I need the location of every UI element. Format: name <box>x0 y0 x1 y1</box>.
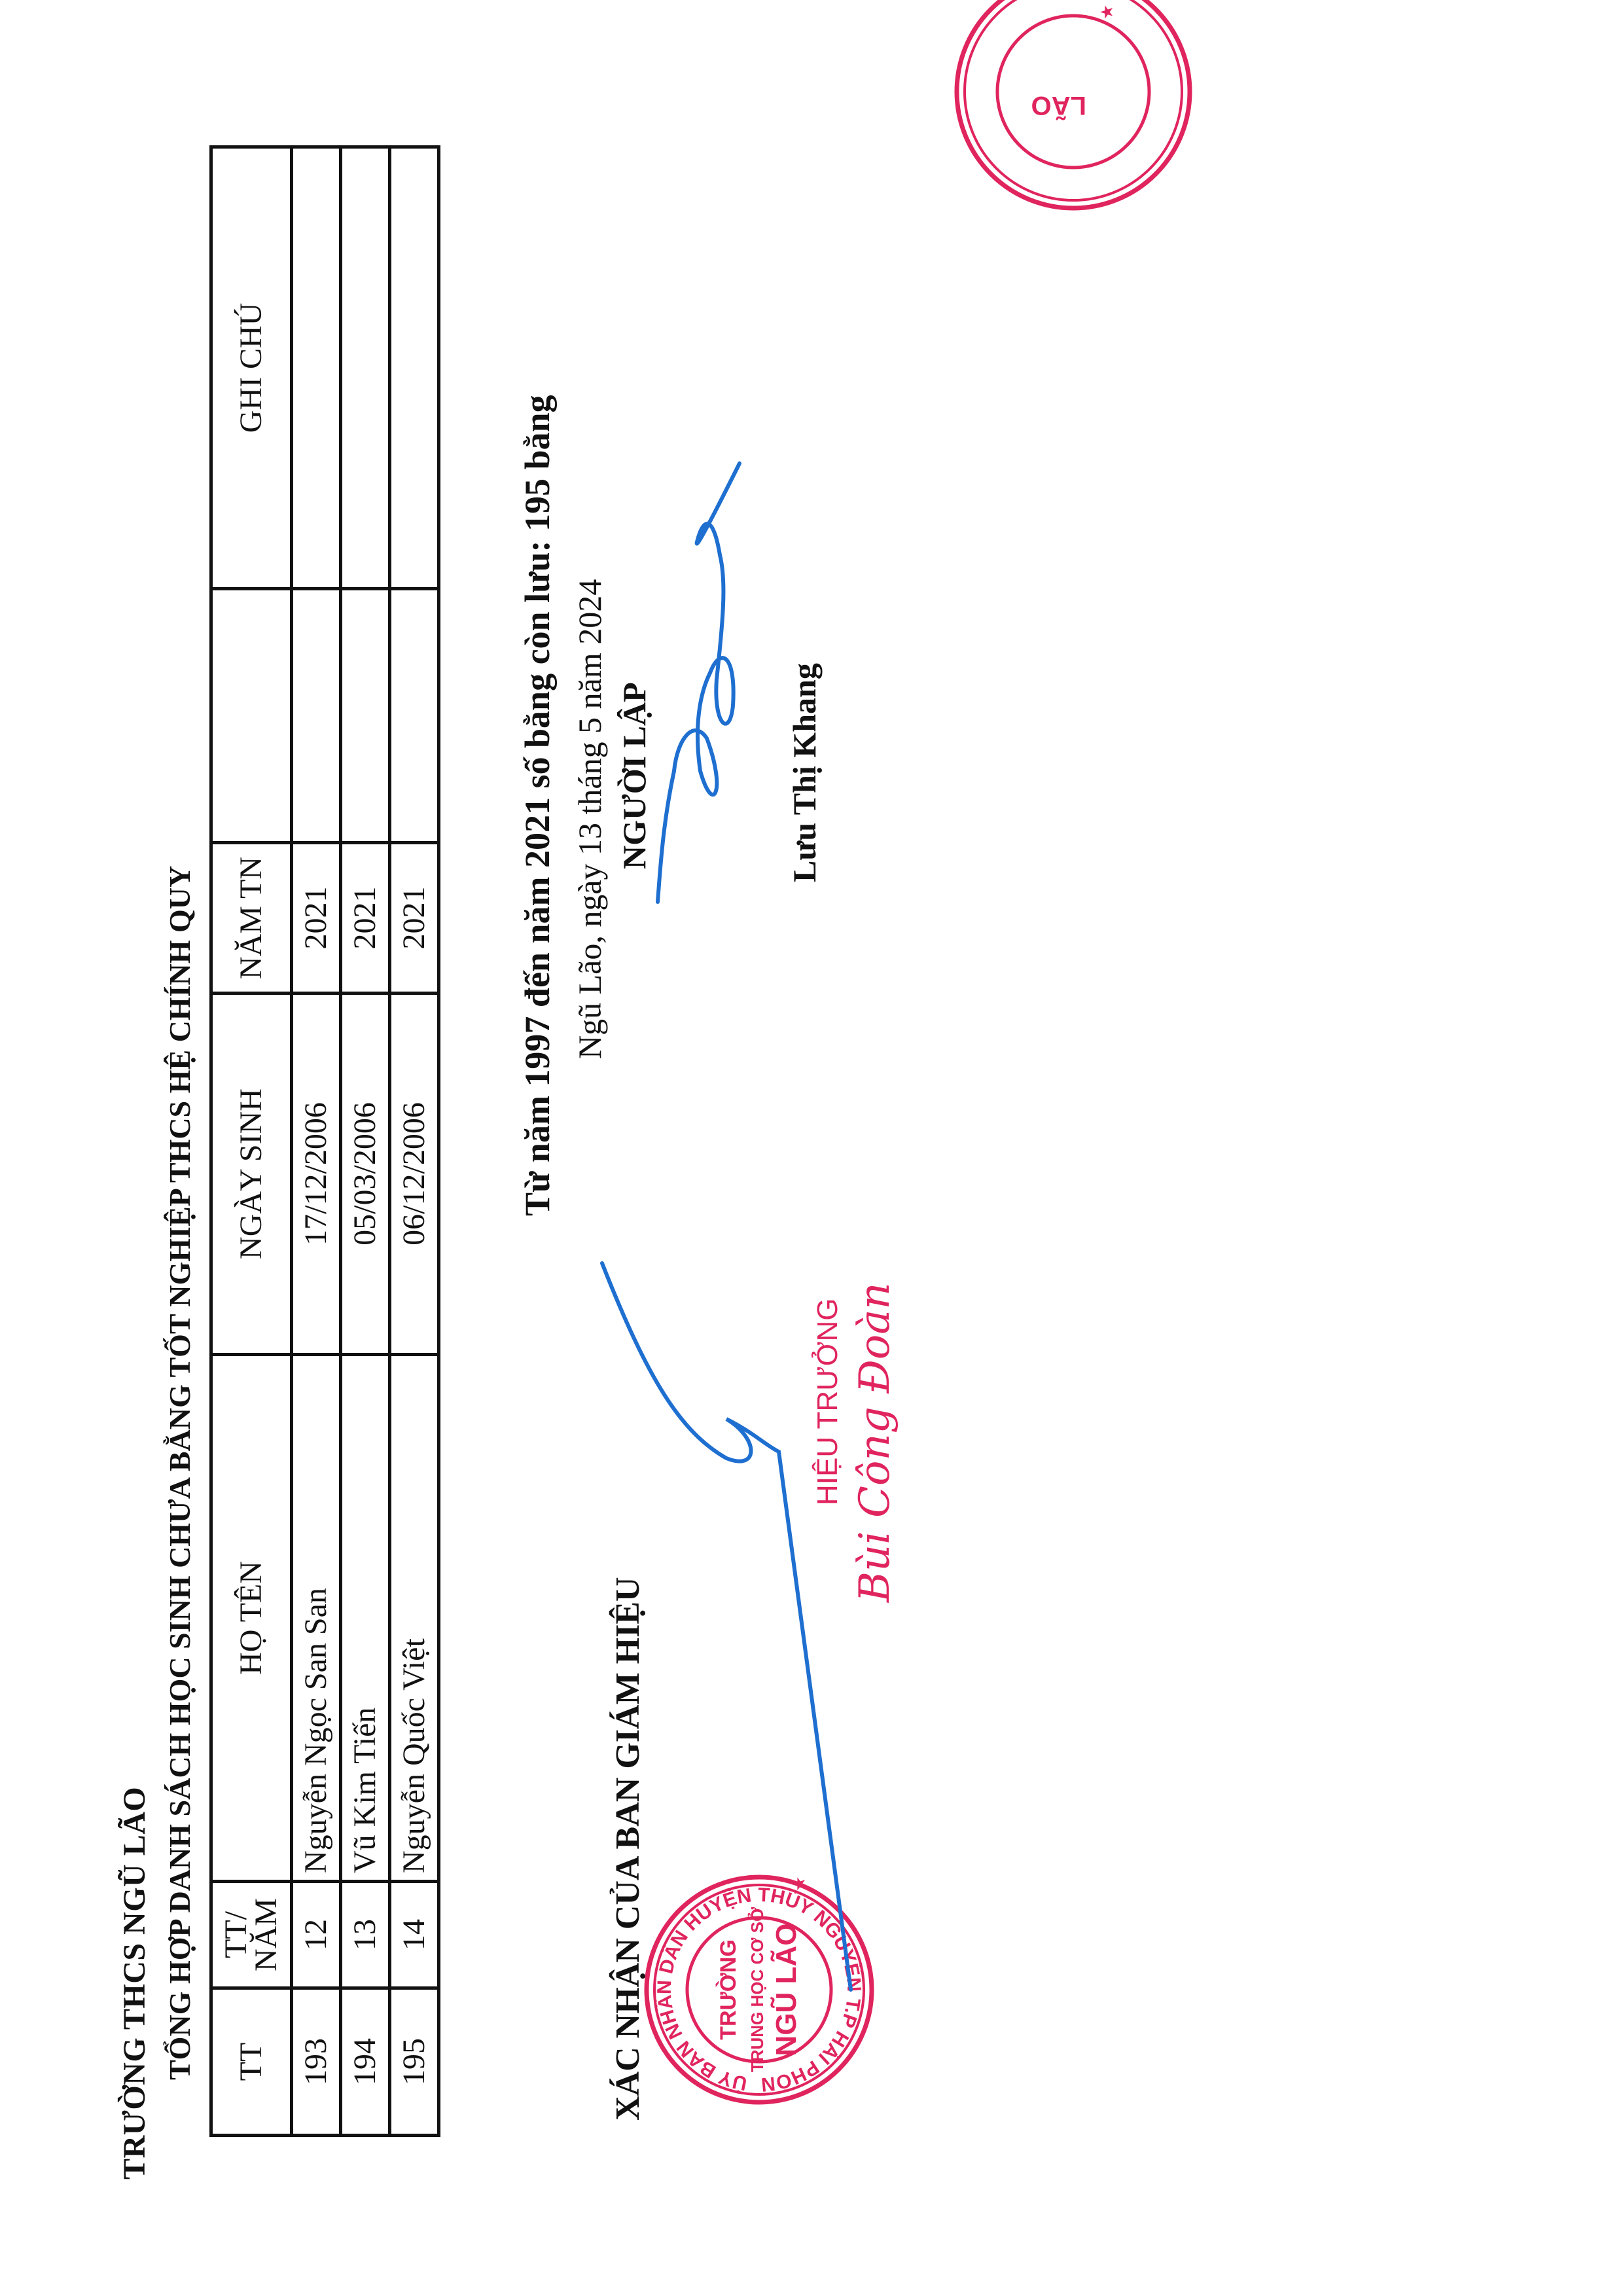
cell-tt-nam: 13 <box>341 1882 390 1988</box>
svg-text:★: ★ <box>790 1876 809 1892</box>
cell-ghi-chu <box>292 147 341 589</box>
preparer-role: NGƯỜI LẬP <box>615 682 653 869</box>
table-row: 193 12 Nguyễn Ngọc San San 17/12/2006 20… <box>292 147 341 2136</box>
principal-title-stamp: HIỆU TRƯỞNG <box>811 1298 844 1505</box>
table-row: 195 14 Nguyễn Quốc Việt 06/12/2006 2021 <box>390 147 439 2136</box>
cell-tt: 193 <box>292 1988 341 2136</box>
svg-text:★: ★ <box>1097 5 1116 20</box>
svg-text:TRUNG HỌC CƠ SỞ: TRUNG HỌC CƠ SỞ <box>747 1907 767 2072</box>
preparer-signature-icon <box>658 463 740 902</box>
school-seal-icon: ỦY BAN NHÂN DÂN HUYỆN THỦY NGUYÊN T.P HẢ… <box>647 1876 872 2102</box>
col-header-blank <box>211 589 292 843</box>
cell-blank <box>292 589 341 843</box>
document-page: TRƯỜNG THCS NGŨ LÃO TỔNG HỢP DANH SÁCH H… <box>0 0 1623 2296</box>
cell-tt-nam: 14 <box>390 1882 439 1988</box>
cell-ho-ten: Nguyễn Quốc Việt <box>390 1355 439 1882</box>
cell-ghi-chu <box>341 147 390 589</box>
cell-ghi-chu <box>390 147 439 589</box>
col-header-nam-tn: NĂM TN <box>211 843 292 994</box>
col-header-ho-ten: HỌ TÊN <box>211 1355 292 1882</box>
cell-tt: 194 <box>341 1988 390 2136</box>
principal-name-stamp: Bùi Công Đoàn <box>851 1282 899 1602</box>
summary-line: Từ năm 1997 đến năm 2021 số bằng còn lưu… <box>517 395 558 1216</box>
cell-blank <box>341 589 390 843</box>
cell-blank <box>390 589 439 843</box>
cell-ngay-sinh: 05/03/2006 <box>341 994 390 1355</box>
date-line: Ngũ Lão, ngày 13 tháng 5 năm 2024 <box>571 579 609 1059</box>
svg-text:NGŨ LÃO: NGŨ LÃO <box>770 1924 802 2056</box>
cell-nam-tn: 2021 <box>341 843 390 994</box>
student-table: TT TT/ NĂM HỌ TÊN NGÀY SINH NĂM TN GHI C… <box>209 145 440 2137</box>
document-title: TỔNG HỢP DANH SÁCH HỌC SINH CHƯA BẰNG TỐ… <box>162 182 197 2080</box>
col-header-tt: TT <box>211 1988 292 2136</box>
table-row: 194 13 Vũ Kim Tiến 05/03/2006 2021 <box>341 147 390 2136</box>
col-header-tt-nam-line2: NĂM <box>251 1890 281 1980</box>
svg-text:LÃO: LÃO <box>1031 91 1086 121</box>
cell-ngay-sinh: 06/12/2006 <box>390 994 439 1355</box>
svg-text:ỦY BAN NHÂN DÂN HUYỆN THỦY NGU: ỦY BAN NHÂN DÂN HUYỆN THỦY NGUYÊN T.P HẢ… <box>653 1884 865 2096</box>
preparer-name: Lưu Thị Khang <box>785 663 823 882</box>
col-header-ngay-sinh: NGÀY SINH <box>211 994 292 1355</box>
cell-nam-tn: 2021 <box>292 843 341 994</box>
table-header-row: TT TT/ NĂM HỌ TÊN NGÀY SINH NĂM TN GHI C… <box>211 147 292 2136</box>
school-name: TRƯỜNG THCS NGŨ LÃO <box>116 1787 152 2179</box>
cell-ho-ten: Nguyễn Ngọc San San <box>292 1355 341 1882</box>
svg-text:TRƯỜNG: TRƯỜNG <box>716 1939 741 2040</box>
cell-ho-ten: Vũ Kim Tiến <box>341 1355 390 1882</box>
cell-ngay-sinh: 17/12/2006 <box>292 994 341 1355</box>
partial-seal-icon: LÃO ★ <box>957 0 1190 208</box>
col-header-ghi-chu: GHI CHÚ <box>211 147 292 589</box>
confirmation-heading: XÁC NHẬN CỦA BAN GIÁM HIỆU <box>609 1577 647 2121</box>
cell-tt: 195 <box>390 1988 439 2136</box>
cell-tt-nam: 12 <box>292 1882 341 1988</box>
col-header-tt-nam-line1: TT/ <box>221 1890 251 1980</box>
col-header-tt-nam: TT/ NĂM <box>211 1882 292 1988</box>
cell-nam-tn: 2021 <box>390 843 439 994</box>
